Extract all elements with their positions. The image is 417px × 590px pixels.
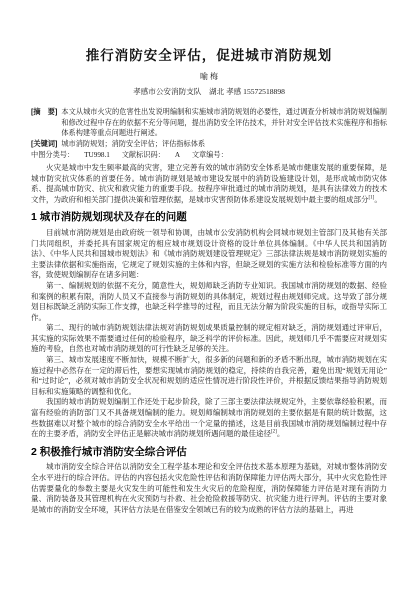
keywords-label: [关键词] — [31, 139, 57, 150]
article-id-label: 文章编号： — [192, 151, 228, 159]
paper-body: 火灾是城市中发生频率最高的灾害，建立完善有效的城市消防安全体系是城市健康发展的重… — [31, 163, 387, 515]
author-affiliation: 孝感市公安消防支队 湖北 孝感 15572518898 — [31, 86, 387, 97]
author-name: 喻 梅 — [31, 71, 387, 82]
keywords-block: [关键词] 城市消防规划；消防安全评估；评估指标体系 — [31, 139, 387, 150]
classification-line: 中图分类号：TU998.1 文献标识码：A 文章编号： — [31, 150, 387, 161]
page-title: 推行消防安全评估，促进城市消防规划 — [31, 44, 387, 64]
keywords-text: 城市消防规划；消防安全评估；评估指标体系 — [61, 139, 387, 150]
section-1-paragraph: 目前城市消防规划是由政府统一领导和协调，由城市公安消防机构会同城市规划主管部门及… — [31, 228, 387, 281]
clc-number: TU998.1 — [84, 151, 110, 159]
section-1-paragraph: 第一、编制规划的依据不充分，随意性大，规划师缺乏消防专业知识。我国城市消防规划的… — [31, 281, 387, 323]
section-2-paragraph: 城市消防安全综合评估以消防安全工程学基本理论和安全评估技术基本原理为基础，对城市… — [31, 462, 387, 515]
section-1-heading: 1 城市消防规划现状及存在的问题 — [31, 212, 387, 223]
paper-meta: [摘 要] 本文从城市火灾的危害性出发说明编制和实施城市消防规划的必要性，通过调… — [31, 107, 387, 161]
doc-code: A — [175, 151, 180, 159]
section-1-paragraph: 第二、现行的城市消防规划法律法规对消防规划成果质量控制的规定相对缺乏，消防规划通… — [31, 323, 387, 355]
section-1-paragraph: 我国的城市消防规划编制工作还处于起步阶段，除了三部主要法律法规规定外，主要依靠经… — [31, 397, 387, 439]
abstract-text: 本文从城市火灾的危害性出发说明编制和实施城市消防规划的必要性，通过调查分析城市消… — [61, 107, 387, 139]
section-2-heading: 2 积极推行城市消防安全综合评估 — [31, 447, 387, 458]
intro-paragraph: 火灾是城市中发生频率最高的灾害，建立完善有效的城市消防安全体系是城市健康发展的重… — [31, 163, 387, 205]
clc-label: 中图分类号： — [31, 151, 74, 159]
section-1-paragraph: 第三、城市发展速度不断加快，规模不断扩大，很多新的问题和新的矛盾不断出现，城市消… — [31, 355, 387, 397]
doc-code-label: 文献标识码： — [122, 151, 165, 159]
abstract-block: [摘 要] 本文从城市火灾的危害性出发说明编制和实施城市消防规划的必要性，通过调… — [31, 107, 387, 139]
paper-page: 推行消防安全评估，促进城市消防规划 喻 梅 孝感市公安消防支队 湖北 孝感 15… — [0, 0, 417, 590]
abstract-label: [摘 要] — [31, 107, 57, 118]
